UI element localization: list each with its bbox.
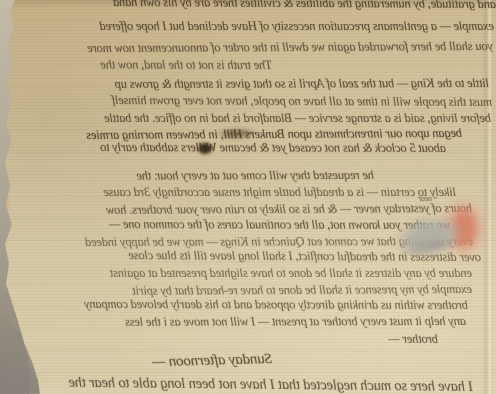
handwriting-line: Sunday afternoon — <box>132 351 272 372</box>
handwriting-line: endure by any distress it shall be done … <box>8 266 472 280</box>
handwriting-line: I have here so much neglected that I hav… <box>8 374 473 394</box>
handwriting-line: The truth is not to the land, now the <box>52 57 272 72</box>
handwriting-line: before living, said is a strange service… <box>8 111 491 125</box>
mirrored-handwriting-layer: and gratitude, by numerating the abiliti… <box>0 0 496 394</box>
handwriting-line: example — a gentlemans precaution necess… <box>38 19 494 33</box>
handwriting-line: we rather you known not, all the continu… <box>18 217 450 233</box>
handwriting-line: brothers within us drinking directly opp… <box>8 297 468 313</box>
handwriting-line: any help it must every brother at presen… <box>24 314 466 330</box>
handwriting-line: brother — <box>346 332 438 347</box>
handwriting-line: and gratitude, by numerating the abiliti… <box>30 0 496 11</box>
handwriting-line: hours of yesterday never — & he is so li… <box>8 201 472 218</box>
handwriting-line: little to the King — but the zeal of Apr… <box>6 76 489 92</box>
handwriting-line: must this people will in time at all hav… <box>10 92 492 109</box>
handwriting-line: over distresses in the dreadful conflict… <box>10 248 481 265</box>
handwriting-line: about 5 oclock & has not ceased yet & be… <box>10 140 446 156</box>
manuscript-page: and gratitude, by numerating the abiliti… <box>0 0 496 394</box>
handwriting-line: he requested they will come out at every… <box>56 168 374 183</box>
handwriting-line: you shall be here forwarded again we dwe… <box>13 39 493 56</box>
handwriting-line: likely to certain — is a dreadful battle… <box>8 185 456 199</box>
